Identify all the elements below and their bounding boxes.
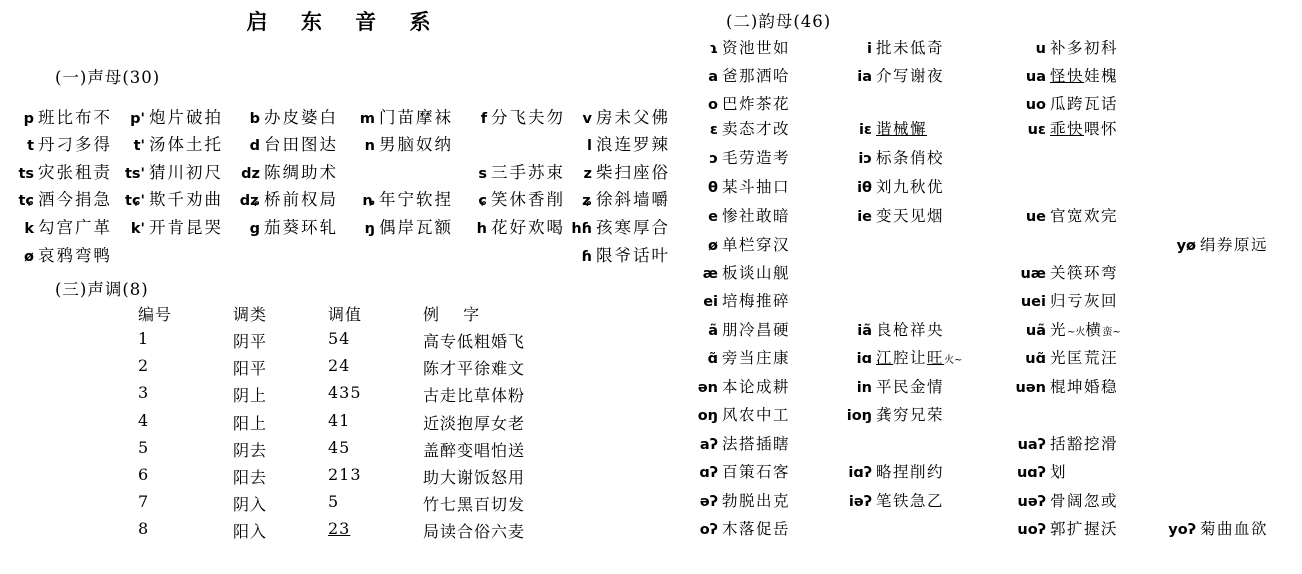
final-examples: 培梅推碎: [722, 289, 790, 311]
final-symbol: ɑʔ: [684, 465, 718, 481]
initial-symbol: m: [343, 111, 375, 127]
initial-examples: 哀鸦弯鸭: [38, 242, 112, 266]
initial-symbol: hɦ: [560, 221, 592, 237]
final-examples: 光匡荒汪: [1050, 346, 1118, 368]
final-symbol: yoʔ: [1160, 522, 1196, 538]
final-example-char: 懈: [910, 120, 927, 138]
tone-column-header: 调类: [233, 302, 267, 325]
final-entry: u补多初科: [1006, 36, 1118, 58]
tone-examples: 近淡抱厚女老: [423, 411, 525, 434]
final-example-char: 横: [1085, 321, 1102, 339]
final-examples: 绢券原远: [1200, 233, 1268, 255]
initial-entry: ɕ笑休香削: [455, 186, 565, 210]
tone-examples: 盖醉变唱怕送: [423, 438, 525, 461]
final-entry: uɑ̃光匡荒汪: [1006, 346, 1118, 368]
final-entry: iɛ谐械懈: [836, 117, 927, 139]
final-examples: 朋冷昌硬: [722, 318, 790, 340]
final-entry: uaʔ括豁挖滑: [1006, 432, 1118, 454]
final-symbol: iã: [836, 323, 872, 339]
final-entry: ən本论成耕: [684, 375, 790, 397]
tone-value: 213: [328, 465, 362, 484]
tone-examples: 古走比草体粉: [423, 383, 525, 406]
final-examples: 平民金情: [876, 375, 944, 397]
final-symbol: iɑ: [836, 351, 872, 367]
final-examples: 本论成耕: [722, 375, 790, 397]
final-symbol: uəʔ: [1006, 494, 1046, 510]
final-examples: 菊曲血欲: [1200, 517, 1268, 539]
initial-symbol: k': [113, 221, 145, 237]
final-symbol: uei: [1006, 294, 1046, 310]
final-entry: yø绢券原远: [1160, 233, 1268, 255]
initial-examples: 勾宫广革: [38, 214, 112, 238]
tone-number: 1: [138, 329, 149, 348]
final-entry: e惨社敢暗: [684, 204, 790, 226]
initial-symbol: ts': [113, 166, 145, 182]
tone-number: 2: [138, 356, 149, 375]
final-symbol: uən: [1006, 380, 1046, 396]
final-symbol: iɛ: [836, 122, 872, 138]
initial-examples: 柴扫座俗: [596, 159, 670, 183]
final-examples: 补多初科: [1050, 36, 1118, 58]
tone-number: 7: [138, 492, 149, 511]
final-example-char: 腔: [893, 349, 910, 367]
initial-examples: 笑休香削: [491, 186, 565, 210]
final-symbol: aʔ: [684, 437, 718, 453]
initial-entry: tɕ酒今捐急: [2, 186, 112, 210]
tone-examples: 竹七黑百切发: [423, 492, 525, 515]
final-symbol: ɑ̃: [684, 351, 718, 367]
final-example-char: 光: [1050, 321, 1067, 339]
initial-symbol: dz: [228, 166, 260, 182]
final-examples: 标条俏校: [876, 146, 944, 168]
final-symbol: ã: [684, 323, 718, 339]
initial-entry: b办皮婆白: [228, 104, 338, 128]
final-symbol: ɛ: [684, 122, 718, 138]
final-examples: 龚穷兄荣: [876, 403, 944, 425]
final-examples: 笔铁急乙: [876, 489, 944, 511]
final-symbol: e: [684, 209, 718, 225]
tone-number: 8: [138, 519, 149, 538]
final-entry: uəʔ骨阔忽或: [1006, 489, 1118, 511]
initial-examples: 台田图达: [264, 131, 338, 155]
final-examples: 略捏削约: [876, 460, 944, 482]
final-examples: 良枪祥央: [876, 318, 944, 340]
final-example-char: 乖: [1050, 120, 1067, 138]
tone-class: 阳入: [233, 519, 267, 542]
initial-symbol: p': [113, 111, 145, 127]
final-symbol: uo: [1006, 97, 1046, 113]
tone-class: 阳去: [233, 465, 267, 488]
initial-examples: 孩寒厚合: [596, 214, 670, 238]
initial-examples: 偶岸瓦额: [379, 214, 453, 238]
final-entry: uɛ乖快喂怀: [1006, 117, 1118, 139]
initial-symbol: tɕ: [2, 193, 34, 209]
final-entry: uoʔ郭扩握沃: [1006, 517, 1118, 539]
initial-examples: 汤体土托: [149, 131, 223, 155]
initial-entry: n男脑奴纳: [343, 131, 453, 155]
final-examples: 资池世如: [722, 36, 790, 58]
tone-examples: 助大谢饭怒用: [423, 465, 525, 488]
final-example-char: 旺: [927, 349, 944, 367]
final-examples: 爸那洒哈: [722, 64, 790, 86]
final-symbol: ua: [1006, 69, 1046, 85]
initial-symbol: l: [560, 138, 592, 154]
initial-entry: dz陈绸助术: [228, 159, 338, 183]
final-examples: 法搭插瞎: [722, 432, 790, 454]
final-entry: yoʔ菊曲血欲: [1160, 517, 1268, 539]
tone-value: 23: [328, 519, 350, 538]
final-example-char: 江: [876, 349, 893, 367]
final-symbol: o: [684, 97, 718, 113]
initial-symbol: f: [455, 111, 487, 127]
final-examples: 瓜跨瓦话: [1050, 92, 1118, 114]
qidong-phonology-page: 启 东 音 系 (一)声母(30) p班比布不p'炮片破拍b办皮婆白m门苗摩袜f…: [0, 0, 1302, 574]
initial-entry: p班比布不: [2, 104, 112, 128]
tone-value: 24: [328, 356, 350, 375]
initial-entry: ts灾张租责: [2, 159, 112, 183]
final-symbol: ɿ: [684, 41, 718, 57]
final-examples: 骨阔忽或: [1050, 489, 1118, 511]
tone-class: 阳上: [233, 411, 267, 434]
final-examples: 勃脱出克: [722, 489, 790, 511]
final-example-char: 火~: [944, 355, 962, 366]
final-examples: 归亏灰回: [1050, 289, 1118, 311]
final-examples: 怪快娃槐: [1050, 64, 1118, 86]
final-examples: 卖态才改: [722, 117, 790, 139]
final-symbol: a: [684, 69, 718, 85]
final-symbol: əʔ: [684, 494, 718, 510]
initial-entry: ŋ偶岸瓦额: [343, 214, 453, 238]
initial-symbol: ø: [2, 249, 34, 265]
tones-heading: (三)声调(8): [55, 276, 149, 300]
final-entry: aʔ法搭插瞎: [684, 432, 790, 454]
initial-examples: 浪连罗辣: [596, 131, 670, 155]
initial-symbol: s: [455, 166, 487, 182]
finals-heading: (二)韵母(46): [726, 8, 831, 32]
final-symbol: ioŋ: [836, 408, 872, 424]
initial-symbol: ɦ: [560, 249, 592, 265]
tone-examples: 局读合俗六麦: [423, 519, 525, 542]
final-example-char: 怀: [1101, 120, 1118, 138]
final-entry: ia介写谢夜: [836, 64, 944, 86]
initial-symbol: z: [560, 166, 592, 182]
initial-examples: 徐斜墙嚼: [596, 186, 670, 210]
initials-heading: (一)声母(30): [55, 64, 160, 88]
final-example-char: 蛮~: [1102, 327, 1120, 338]
final-entry: iəʔ笔铁急乙: [836, 489, 944, 511]
final-entry: iɔ标条俏校: [836, 146, 944, 168]
tone-number: 5: [138, 438, 149, 457]
final-entry: uæ关筷环弯: [1006, 261, 1118, 283]
initial-entry: ȵ年宁软捏: [343, 186, 453, 210]
final-examples: 光~火横蛮~: [1050, 318, 1121, 340]
initial-symbol: p: [2, 111, 34, 127]
final-examples: 谐械懈: [876, 117, 927, 139]
tone-class: 阴入: [233, 492, 267, 515]
final-entry: ɑʔ百策石客: [684, 460, 790, 482]
initial-entry: t丹刁多得: [2, 131, 112, 155]
initial-entry: hɦ孩寒厚合: [560, 214, 670, 238]
initial-examples: 办皮婆白: [264, 104, 338, 128]
initial-entry: ts'猜川初尺: [113, 159, 223, 183]
final-symbol: ɔ: [684, 151, 718, 167]
final-entry: ei培梅推碎: [684, 289, 790, 311]
final-example-char: 怪: [1050, 67, 1067, 85]
initial-examples: 丹刁多得: [38, 131, 112, 155]
initial-examples: 房未父佛: [596, 104, 670, 128]
initial-examples: 限爷话叶: [596, 242, 670, 266]
final-entry: əʔ勃脱出克: [684, 489, 790, 511]
final-symbol: iɑʔ: [836, 465, 872, 481]
final-entry: uo瓜跨瓦话: [1006, 92, 1118, 114]
final-examples: 介写谢夜: [876, 64, 944, 86]
initial-symbol: h: [455, 221, 487, 237]
final-examples: 江腔让旺火~: [876, 346, 962, 368]
final-example-char: 谐: [876, 120, 893, 138]
final-entry: ø单栏穿汉: [684, 233, 790, 255]
initial-entry: d台田图达: [228, 131, 338, 155]
initial-examples: 三手苏束: [491, 159, 565, 183]
initial-examples: 酒今捐急: [38, 186, 112, 210]
final-examples: 毛劳造考: [722, 146, 790, 168]
final-entry: æ板谈山舰: [684, 261, 790, 283]
tone-value: 5: [328, 492, 339, 511]
tone-value: 435: [328, 383, 362, 402]
initial-symbol: ts: [2, 166, 34, 182]
initial-examples: 门苗摩袜: [379, 104, 453, 128]
initial-entry: l浪连罗辣: [560, 131, 670, 155]
final-entry: iɑ江腔让旺火~: [836, 346, 962, 368]
initial-examples: 班比布不: [38, 104, 112, 128]
final-examples: 惨社敢暗: [722, 204, 790, 226]
final-entry: a爸那洒哈: [684, 64, 790, 86]
final-symbol: iθ: [836, 180, 872, 196]
final-symbol: ue: [1006, 209, 1046, 225]
final-entry: uən棍坤婚稳: [1006, 375, 1118, 397]
tone-number: 6: [138, 465, 149, 484]
final-examples: 单栏穿汉: [722, 233, 790, 255]
initial-examples: 男脑奴纳: [379, 131, 453, 155]
initial-examples: 分飞夫勿: [491, 104, 565, 128]
final-symbol: in: [836, 380, 872, 396]
final-entry: ɔ毛劳造考: [684, 146, 790, 168]
final-examples: 变天见烟: [876, 204, 944, 226]
final-examples: 板谈山舰: [722, 261, 790, 283]
final-symbol: u: [1006, 41, 1046, 57]
initial-entry: s三手苏束: [455, 159, 565, 183]
final-entry: oŋ风农中工: [684, 403, 790, 425]
final-entry: θ某斗抽口: [684, 175, 790, 197]
final-entry: ioŋ龚穷兄荣: [836, 403, 944, 425]
final-entry: ɑ̃旁当庄康: [684, 346, 790, 368]
tone-class: 阴上: [233, 383, 267, 406]
final-symbol: uɑʔ: [1006, 465, 1046, 481]
initial-entry: m门苗摩袜: [343, 104, 453, 128]
final-symbol: θ: [684, 180, 718, 196]
initial-entry: f分飞夫勿: [455, 104, 565, 128]
tone-column-header: 调值: [328, 302, 362, 325]
initial-examples: 桥前权局: [264, 186, 338, 210]
initial-symbol: v: [560, 111, 592, 127]
initial-examples: 开肯昆哭: [149, 214, 223, 238]
initial-symbol: ɕ: [455, 193, 487, 209]
final-example-char: 让: [910, 349, 927, 367]
final-examples: 木落促岳: [722, 517, 790, 539]
final-examples: 郭扩握沃: [1050, 517, 1118, 539]
tone-examples: 陈才平徐难文: [423, 356, 525, 379]
tone-value: 41: [328, 411, 350, 430]
initial-examples: 欺千劝曲: [149, 186, 223, 210]
final-entry: iã良枪祥央: [836, 318, 944, 340]
final-symbol: ia: [836, 69, 872, 85]
final-examples: 棍坤婚稳: [1050, 375, 1118, 397]
initial-entry: k勾宫广革: [2, 214, 112, 238]
initial-examples: 猜川初尺: [149, 159, 223, 183]
final-entry: iɑʔ略捏削约: [836, 460, 944, 482]
final-examples: 某斗抽口: [722, 175, 790, 197]
final-symbol: uæ: [1006, 266, 1046, 282]
initial-entry: z柴扫座俗: [560, 159, 670, 183]
final-entry: ua怪快娃槐: [1006, 64, 1118, 86]
page-title: 启 东 音 系: [150, 6, 540, 36]
initial-symbol: k: [2, 221, 34, 237]
final-symbol: uaʔ: [1006, 437, 1046, 453]
tone-class: 阳平: [233, 356, 267, 379]
final-symbol: iəʔ: [836, 494, 872, 510]
initial-symbol: ŋ: [343, 221, 375, 237]
final-examples: 划: [1050, 460, 1067, 482]
final-entry: oʔ木落促岳: [684, 517, 790, 539]
final-entry: ie变天见烟: [836, 204, 944, 226]
initial-symbol: tɕ': [113, 193, 145, 209]
initial-entry: ø哀鸦弯鸭: [2, 242, 112, 266]
initial-symbol: b: [228, 111, 260, 127]
final-symbol: yø: [1160, 238, 1196, 254]
initial-entry: ʑ徐斜墙嚼: [560, 186, 670, 210]
final-example-char: 快: [1067, 67, 1084, 85]
final-symbol: ø: [684, 238, 718, 254]
final-symbol: uɑ̃: [1006, 351, 1046, 367]
initial-entry: k'开肯昆哭: [113, 214, 223, 238]
initial-symbol: n: [343, 138, 375, 154]
initial-symbol: ȵ: [343, 193, 375, 209]
initial-entry: t'汤体土托: [113, 131, 223, 155]
tone-column-header: 例 字: [423, 302, 480, 325]
final-example-char: 喂: [1084, 120, 1101, 138]
initial-symbol: g: [228, 221, 260, 237]
tone-number: 4: [138, 411, 149, 430]
initial-examples: 年宁软捏: [379, 186, 453, 210]
tone-number: 3: [138, 383, 149, 402]
final-symbol: uã: [1006, 323, 1046, 339]
tone-value: 54: [328, 329, 350, 348]
final-examples: 巴炸茶花: [722, 92, 790, 114]
initial-symbol: d: [228, 138, 260, 154]
tone-examples: 高专低粗婚飞: [423, 329, 525, 352]
initial-examples: 陈绸助术: [264, 159, 338, 183]
final-entry: uei归亏灰回: [1006, 289, 1118, 311]
final-examples: 括豁挖滑: [1050, 432, 1118, 454]
final-entry: in平民金情: [836, 375, 944, 397]
initial-examples: 花好欢喝: [491, 214, 565, 238]
final-example-char: 快: [1067, 120, 1084, 138]
initial-examples: 灾张租责: [38, 159, 112, 183]
final-entry: iθ刘九秋优: [836, 175, 944, 197]
final-symbol: uoʔ: [1006, 522, 1046, 538]
final-symbol: oʔ: [684, 522, 718, 538]
tone-class: 阴去: [233, 438, 267, 461]
final-examples: 关筷环弯: [1050, 261, 1118, 283]
final-examples: 风农中工: [722, 403, 790, 425]
final-symbol: uɛ: [1006, 122, 1046, 138]
final-example-char: 槐: [1101, 67, 1118, 85]
final-example-char: 械: [893, 120, 910, 138]
tone-value: 45: [328, 438, 350, 457]
final-example-char: ~火: [1067, 327, 1085, 338]
final-entry: ɿ资池世如: [684, 36, 790, 58]
initial-entry: tɕ'欺千劝曲: [113, 186, 223, 210]
final-examples: 刘九秋优: [876, 175, 944, 197]
final-examples: 旁当庄康: [722, 346, 790, 368]
initial-symbol: dʑ: [228, 193, 260, 209]
final-entry: i批未低奇: [836, 36, 944, 58]
initial-entry: dʑ桥前权局: [228, 186, 338, 210]
tone-class: 阴平: [233, 329, 267, 352]
initial-entry: v房未父佛: [560, 104, 670, 128]
final-examples: 官宽欢完: [1050, 204, 1118, 226]
initial-symbol: t': [113, 138, 145, 154]
final-entry: ue官宽欢完: [1006, 204, 1118, 226]
final-examples: 百策石客: [722, 460, 790, 482]
initial-symbol: ʑ: [560, 193, 592, 209]
final-symbol: æ: [684, 266, 718, 282]
tone-column-header: 编号: [138, 302, 172, 325]
initial-entry: ɦ限爷话叶: [560, 242, 670, 266]
final-entry: uã光~火横蛮~: [1006, 318, 1121, 340]
initial-entry: h花好欢喝: [455, 214, 565, 238]
initial-entry: g茄葵环轧: [228, 214, 338, 238]
final-examples: 批未低奇: [876, 36, 944, 58]
final-symbol: oŋ: [684, 408, 718, 424]
initial-entry: p'炮片破拍: [113, 104, 223, 128]
final-examples: 乖快喂怀: [1050, 117, 1118, 139]
final-entry: ã朋冷昌硬: [684, 318, 790, 340]
final-symbol: ie: [836, 209, 872, 225]
final-symbol: ən: [684, 380, 718, 396]
initial-symbol: t: [2, 138, 34, 154]
final-example-char: 娃: [1084, 67, 1101, 85]
final-entry: uɑʔ划: [1006, 460, 1067, 482]
final-symbol: ei: [684, 294, 718, 310]
initial-examples: 炮片破拍: [149, 104, 223, 128]
final-entry: o巴炸茶花: [684, 92, 790, 114]
initial-examples: 茄葵环轧: [264, 214, 338, 238]
final-symbol: iɔ: [836, 151, 872, 167]
final-symbol: i: [836, 41, 872, 57]
final-entry: ɛ卖态才改: [684, 117, 790, 139]
